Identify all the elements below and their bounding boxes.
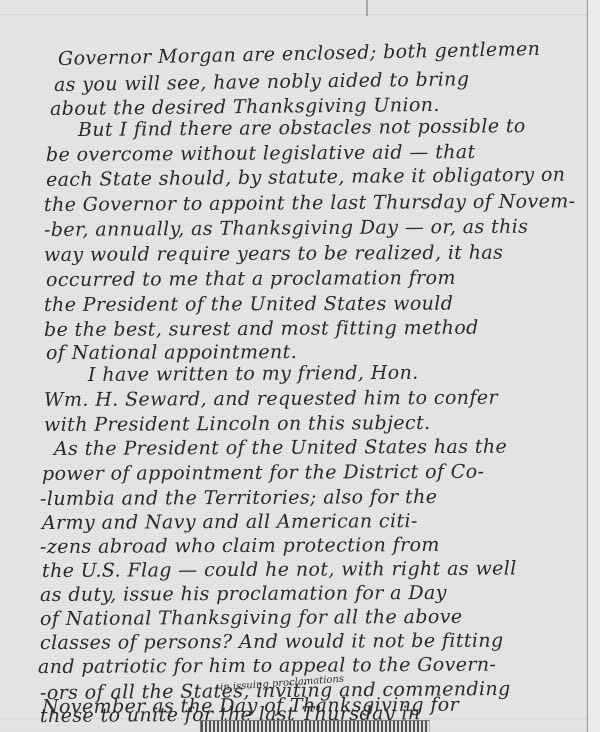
letter-line: with President Lincoln on this subject. bbox=[44, 412, 431, 436]
letter-line: power of appointment for the District of… bbox=[42, 461, 484, 485]
letter-line: Governor Morgan are enclosed; both gentl… bbox=[58, 38, 541, 70]
letter-line: Wm. H. Seward, and requested him to conf… bbox=[44, 387, 498, 411]
scale-ruler bbox=[200, 720, 430, 732]
letter-line: be overcome without legislative aid — th… bbox=[46, 141, 476, 166]
letter-line: as duty, issue his proclamation for a Da… bbox=[40, 582, 447, 606]
scan-margin bbox=[588, 0, 600, 732]
letter-line: Army and Navy and all American citi- bbox=[42, 510, 418, 534]
letter-line: -lumbia and the Territories; also for th… bbox=[40, 486, 437, 510]
letter-line: and patriotic for him to appeal to the G… bbox=[38, 654, 496, 678]
letter-line: I have written to my friend, Hon. bbox=[88, 362, 419, 386]
letter-line: classes of persons? And would it not be … bbox=[40, 630, 504, 654]
letter-line: But I find there are obstacles not possi… bbox=[78, 115, 526, 141]
manuscript-page: Governor Morgan are enclosed; both gentl… bbox=[0, 0, 600, 732]
letter-line: the U.S. Flag — could he not, with right… bbox=[42, 558, 517, 582]
letter-line: the Governor to appoint the last Thursda… bbox=[44, 190, 576, 216]
letter-line: each State should, by statute, make it o… bbox=[46, 164, 566, 191]
letter-line: be the best, surest and most fitting met… bbox=[44, 317, 479, 341]
letter-line: -zens abroad who claim protection from bbox=[40, 534, 440, 558]
letter-line: occurred to me that a proclamation from bbox=[46, 267, 456, 291]
paper-crease bbox=[0, 14, 590, 16]
letter-line: As the President of the United States ha… bbox=[54, 436, 507, 460]
letter-line: of National appointment. bbox=[46, 341, 297, 364]
letter-line: way would require years to be realized, … bbox=[44, 242, 503, 266]
letter-line: of National Thanksgiving for all the abo… bbox=[40, 606, 463, 630]
letter-line: the President of the United States would bbox=[44, 293, 453, 316]
letter-line: as you will see, have nobly aided to bri… bbox=[54, 68, 470, 96]
letter-line: -ber, annually, as Thanksgiving Day — or… bbox=[44, 216, 529, 241]
letter-line: November as the Day of Thanksgiving for bbox=[42, 694, 459, 718]
